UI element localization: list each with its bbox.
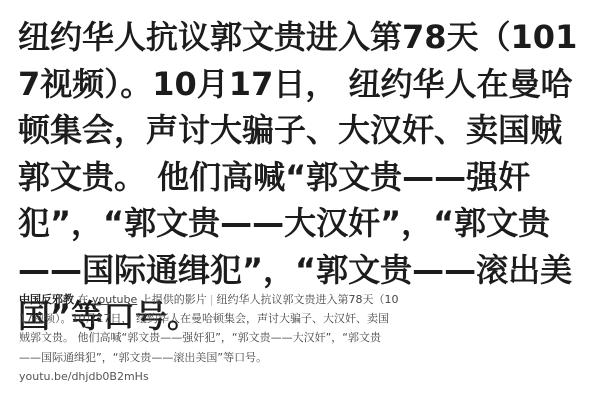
caption-separator: | [207,293,217,306]
source-channel-name[interactable]: 中国反邪教 [19,293,74,306]
video-embed-card: 纽约华人抗议郭文贵进入第78天（1017视频）。10月17日， 纽约华人在曼哈顿… [0,0,600,395]
provided-video-text: 上提供的影片 [137,293,207,306]
in-word: 在 [74,293,92,306]
video-caption: 中国反邪教 在 youtube 上提供的影片|纽约华人抗议郭文贵进入第78天（1… [19,290,399,386]
platform-link[interactable]: youtube [92,293,137,306]
video-short-url-link[interactable]: youtu.be/dhjdb0B2mHs [19,367,399,386]
